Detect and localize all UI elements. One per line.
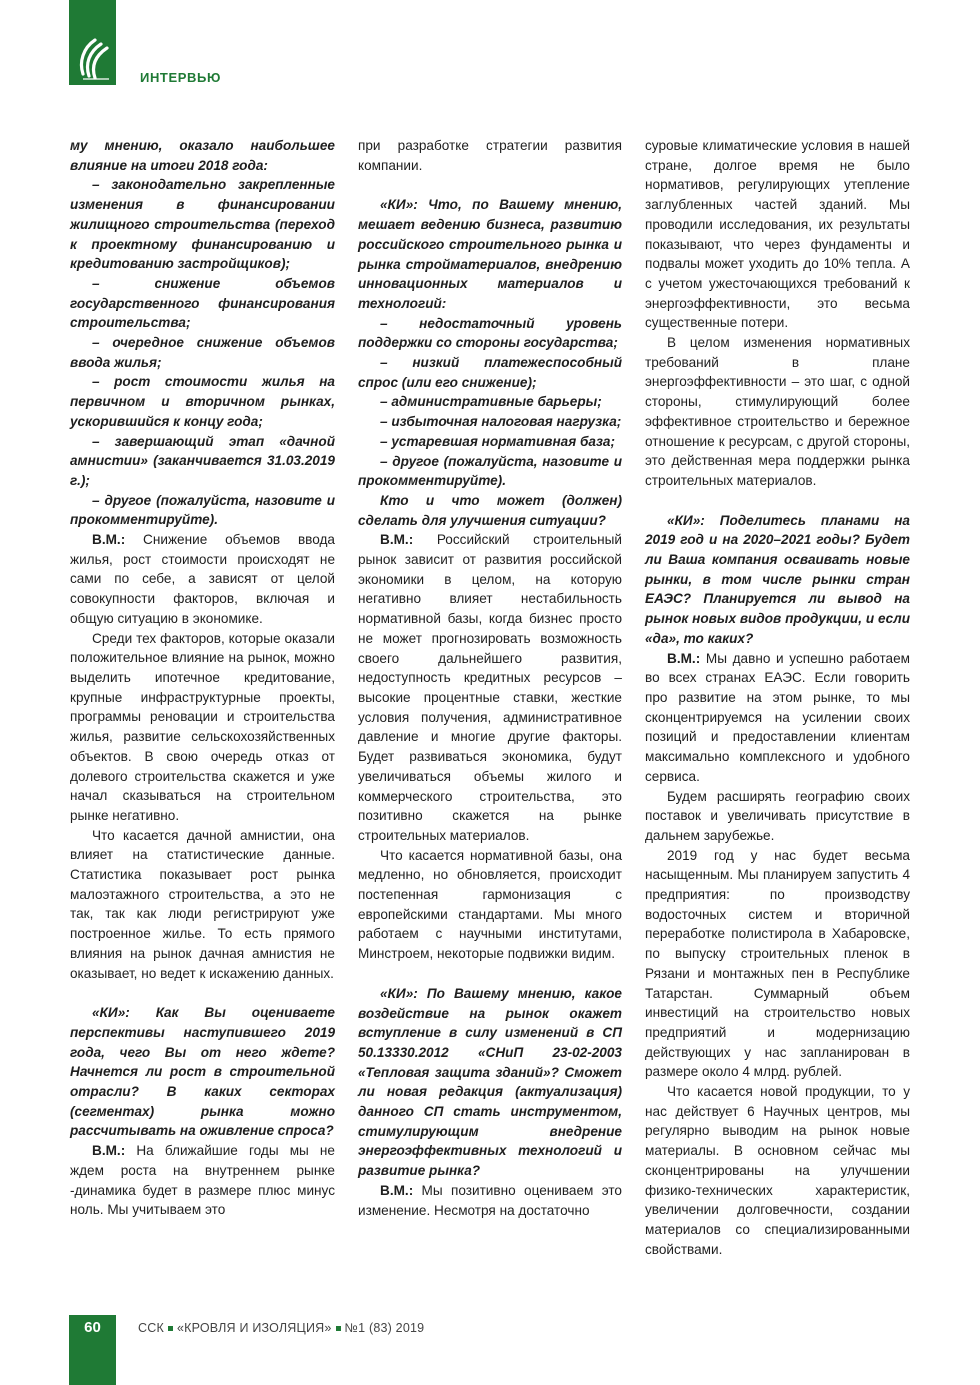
body-paragraph: Среди тех факторов, которые оказали поло… [70, 629, 335, 826]
list-item: – низкий платежеспособный спрос (или его… [358, 353, 622, 392]
body-paragraph: Что касается нормативной базы, она медле… [358, 846, 622, 964]
list-item: – избыточная налоговая нагрузка; [358, 412, 622, 432]
list-item: – устаревшая нормативная база; [358, 432, 622, 452]
footer-magazine-title: «КРОВЛЯ И ИЗОЛЯЦИЯ» [177, 1321, 332, 1335]
interview-question: Кто и что может (должен) сделать для улу… [358, 491, 622, 530]
body-paragraph: Что касается новой продукции, то у нас д… [645, 1082, 910, 1259]
section-label: ИНТЕРВЬЮ [140, 70, 221, 85]
article-column-1: му мнению, оказало наибольшее влияние на… [70, 136, 335, 1220]
body-paragraph: В целом изменения нормативных требований… [645, 333, 910, 491]
answer-paragraph: В.М.: Мы позитивно оцениваем это изменен… [358, 1181, 622, 1220]
list-item: – рост стоимости жилья на первичном и вт… [70, 372, 335, 431]
footer-publication-info: ССК«КРОВЛЯ И ИЗОЛЯЦИЯ»№1 (83) 2019 [138, 1321, 424, 1335]
body-paragraph: Будем расширять географию своих поставок… [645, 787, 910, 846]
list-item: – снижение объемов государственного фина… [70, 274, 335, 333]
body-paragraph: суровые климатические условия в нашей ст… [645, 136, 910, 333]
body-paragraph: при разработке стратегии развития компан… [358, 136, 622, 175]
answer-paragraph: В.М.: Российский строительный рынок зави… [358, 530, 622, 845]
separator-square-icon [336, 1326, 341, 1331]
interview-question: «КИ»: Поделитесь планами на 2019 год и н… [645, 511, 910, 649]
speaker-label: В.М.: [92, 532, 125, 547]
page-number: 60 [69, 1319, 116, 1336]
list-item: – завершающий этап «дачной амнистии» (за… [70, 432, 335, 491]
body-paragraph: 2019 год у нас будет весьма насыщенным. … [645, 846, 910, 1082]
separator-square-icon [168, 1326, 173, 1331]
magazine-logo-icon [73, 32, 111, 82]
interview-question: «КИ»: По Вашему мнению, какое воздействи… [358, 984, 622, 1181]
interview-question: «КИ»: Что, по Вашему мнению, мешает веде… [358, 195, 622, 313]
body-paragraph: Что касается дачной амнистии, она влияет… [70, 826, 335, 984]
answer-paragraph: В.М.: На ближайшие годы мы не ждем роста… [70, 1141, 335, 1220]
list-item: – законодательно закрепленные изменения … [70, 175, 335, 274]
list-item: – административные барьеры; [358, 392, 622, 412]
article-column-3: суровые климатические условия в нашей ст… [645, 136, 910, 1259]
interview-question: «КИ»: Как Вы оцениваете перспективы наст… [70, 1003, 335, 1141]
header-green-bar [69, 0, 116, 85]
list-item: – другое (пожалуйста, назовите и прокомм… [358, 452, 622, 491]
answer-paragraph: В.М.: Снижение объемов ввода жилья, рост… [70, 530, 335, 629]
speaker-label: В.М.: [380, 532, 413, 547]
question-continuation: му мнению, оказало наибольшее влияние на… [70, 136, 335, 175]
list-item: – недостаточный уровень поддержки со сто… [358, 314, 622, 353]
footer-green-bar: 60 [69, 1315, 116, 1385]
answer-paragraph: В.М.: Мы давно и успешно работаем во все… [645, 649, 910, 787]
list-item: – другое (пожалуйста, назовите и прокомм… [70, 491, 335, 530]
speaker-label: В.М.: [92, 1143, 125, 1158]
footer-publisher: ССК [138, 1321, 164, 1335]
speaker-label: В.М.: [380, 1183, 413, 1198]
footer-issue: №1 (83) 2019 [345, 1321, 425, 1335]
list-item: – очередное снижение объемов ввода жилья… [70, 333, 335, 372]
article-column-2: при разработке стратегии развития компан… [358, 136, 622, 1220]
speaker-label: В.М.: [667, 651, 700, 666]
